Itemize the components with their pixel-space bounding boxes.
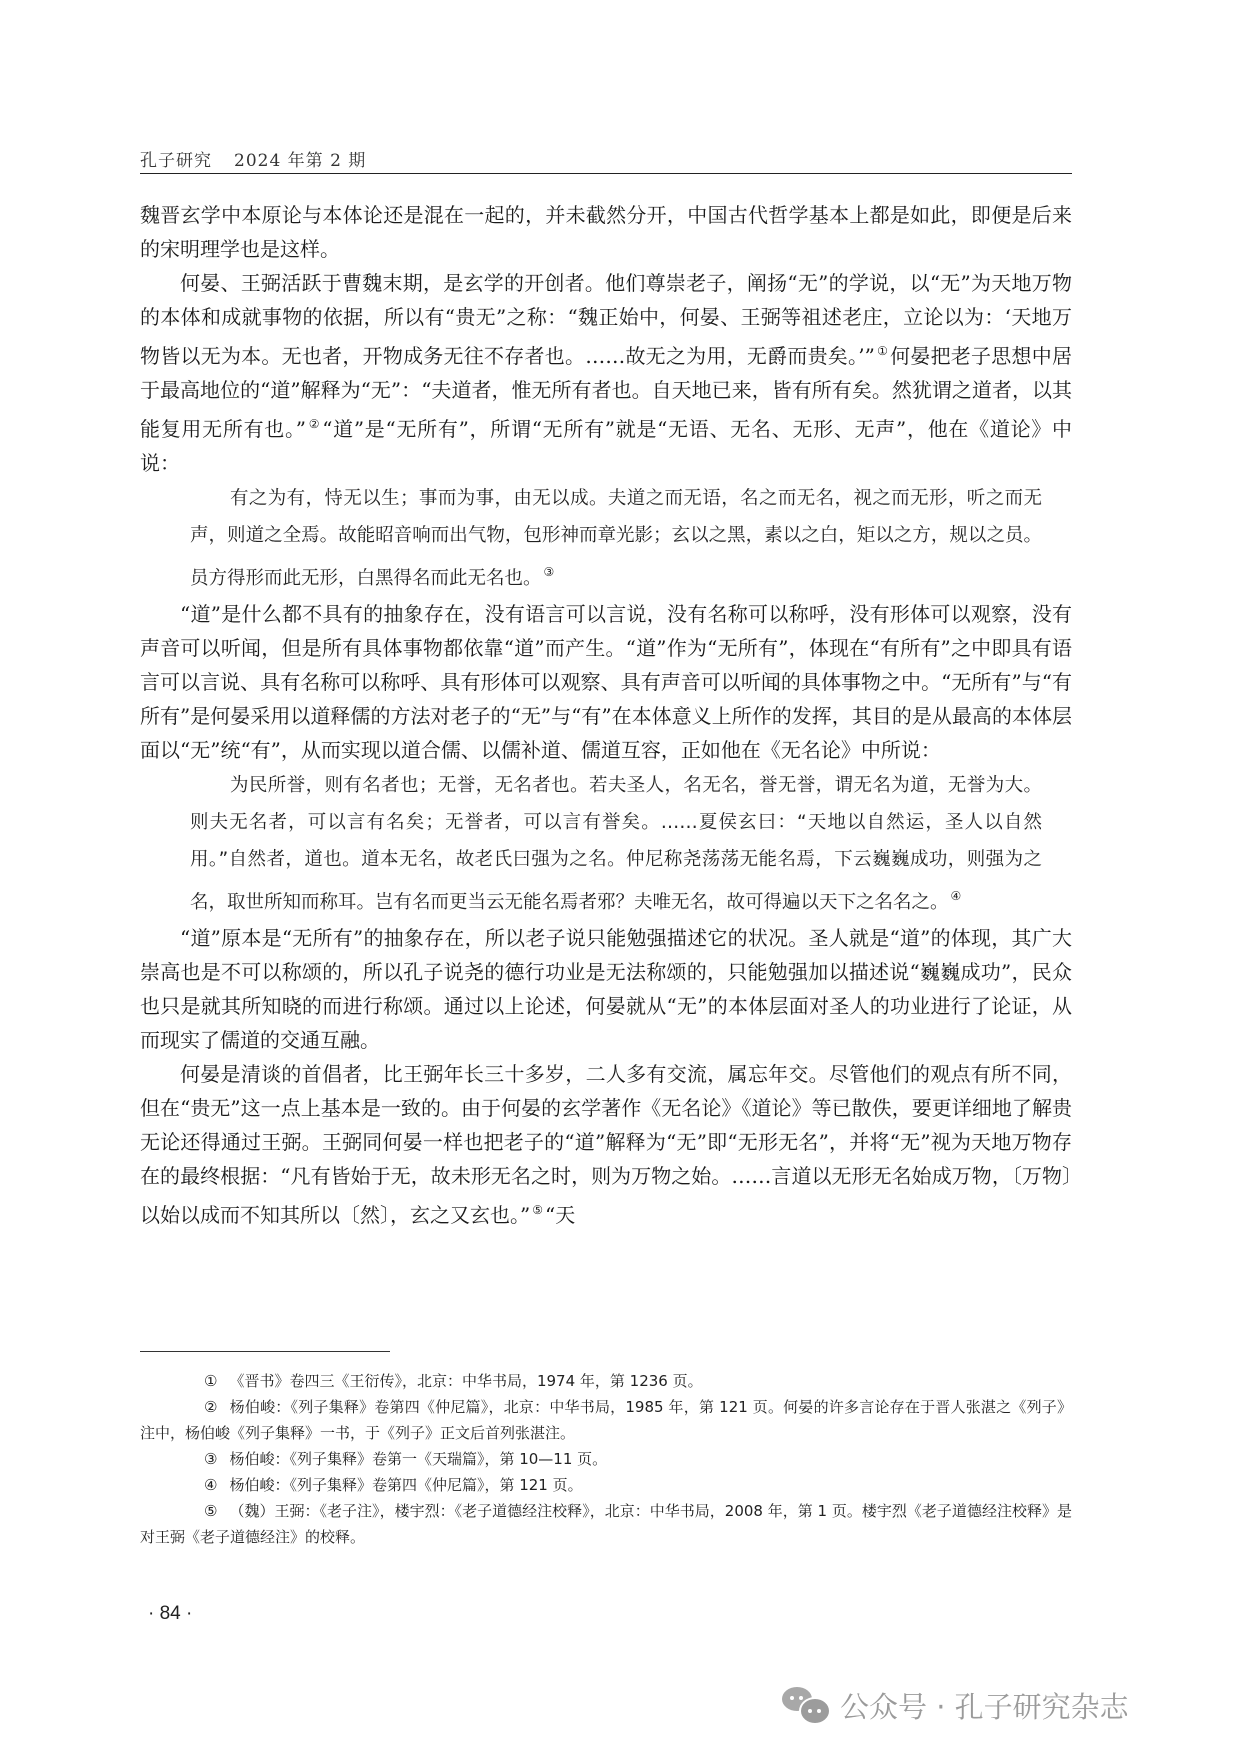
watermark: 公众号 · 孔子研究杂志 (782, 1683, 1129, 1727)
document-page: 孔子研究2024 年第 2 期 魏晋玄学中本原论与本体论还是混在一起的，并未截然… (0, 0, 1241, 1754)
footnote-item: ⑤（魏）王弼：《老子注》，楼宇烈：《老子道德经注校释》，北京：中华书局，2008… (140, 1498, 1072, 1550)
wechat-icon (782, 1685, 830, 1725)
footnote-mark: ② (172, 1394, 217, 1420)
footnote-mark: ① (172, 1368, 217, 1394)
block-quote: 有之为有，恃无以生；事而为事，由无以成。夫道之而无语，名之而无名，视之而无形，听… (140, 480, 1072, 597)
paragraph: “道”是什么都不具有的抽象存在，没有语言可以言说，没有名称可以称呼，没有形体可以… (140, 597, 1072, 767)
page-number: · 84 · (148, 1603, 192, 1625)
footnote-ref[interactable]: ① (877, 344, 888, 358)
footnote-ref[interactable]: ③ (544, 565, 555, 579)
header-rule (140, 173, 1072, 174)
paragraph: 何晏是清谈的首倡者，比王弼年长三十多岁，二人多有交流，属忘年交。尽管他们的观点有… (140, 1057, 1072, 1232)
running-header: 孔子研究2024 年第 2 期 (140, 146, 366, 171)
paragraph: 魏晋玄学中本原论与本体论还是混在一起的，并未截然分开，中国古代哲学基本上都是如此… (140, 198, 1072, 266)
paragraph: “道”原本是“无所有”的抽象存在，所以老子说只能勉强描述它的状况。圣人就是“道”… (140, 921, 1072, 1057)
footnote-ref[interactable]: ⑤ (532, 1203, 543, 1217)
footnote-item: ②杨伯峻：《列子集释》卷第四《仲尼篇》，北京：中华书局，1985 年，第 121… (140, 1394, 1072, 1446)
footnote-item: ①《晋书》卷四三《王衍传》，北京：中华书局，1974 年，第 1236 页。 (140, 1368, 1072, 1394)
block-quote: 为民所誉，则有名者也；无誉，无名者也。若夫圣人，名无名，誉无誉，谓无名为道，无誉… (140, 767, 1072, 921)
footnote-item: ③杨伯峻：《列子集释》卷第一《天瑞篇》，第 10—11 页。 (140, 1446, 1072, 1472)
footnote-ref[interactable]: ④ (951, 889, 962, 903)
paragraph: 何晏、王弼活跃于曹魏末期，是玄学的开创者。他们尊崇老子，阐扬“无”的学说，以“无… (140, 266, 1072, 480)
footnote-mark: ④ (172, 1472, 217, 1498)
footnote-mark: ③ (172, 1446, 217, 1472)
footnote-ref[interactable]: ② (308, 417, 320, 431)
footnote-item: ④杨伯峻：《列子集释》卷第四《仲尼篇》，第 121 页。 (140, 1472, 1072, 1498)
footnote-rule (140, 1351, 390, 1352)
issue-label: 2024 年第 2 期 (234, 151, 366, 171)
watermark-text: 公众号 · 孔子研究杂志 (840, 1685, 1129, 1726)
article-body: 魏晋玄学中本原论与本体论还是混在一起的，并未截然分开，中国古代哲学基本上都是如此… (140, 198, 1072, 1232)
footnote-mark: ⑤ (172, 1498, 217, 1524)
footnotes: ①《晋书》卷四三《王衍传》，北京：中华书局，1974 年，第 1236 页。 ②… (140, 1368, 1072, 1550)
journal-title: 孔子研究 (140, 151, 212, 171)
